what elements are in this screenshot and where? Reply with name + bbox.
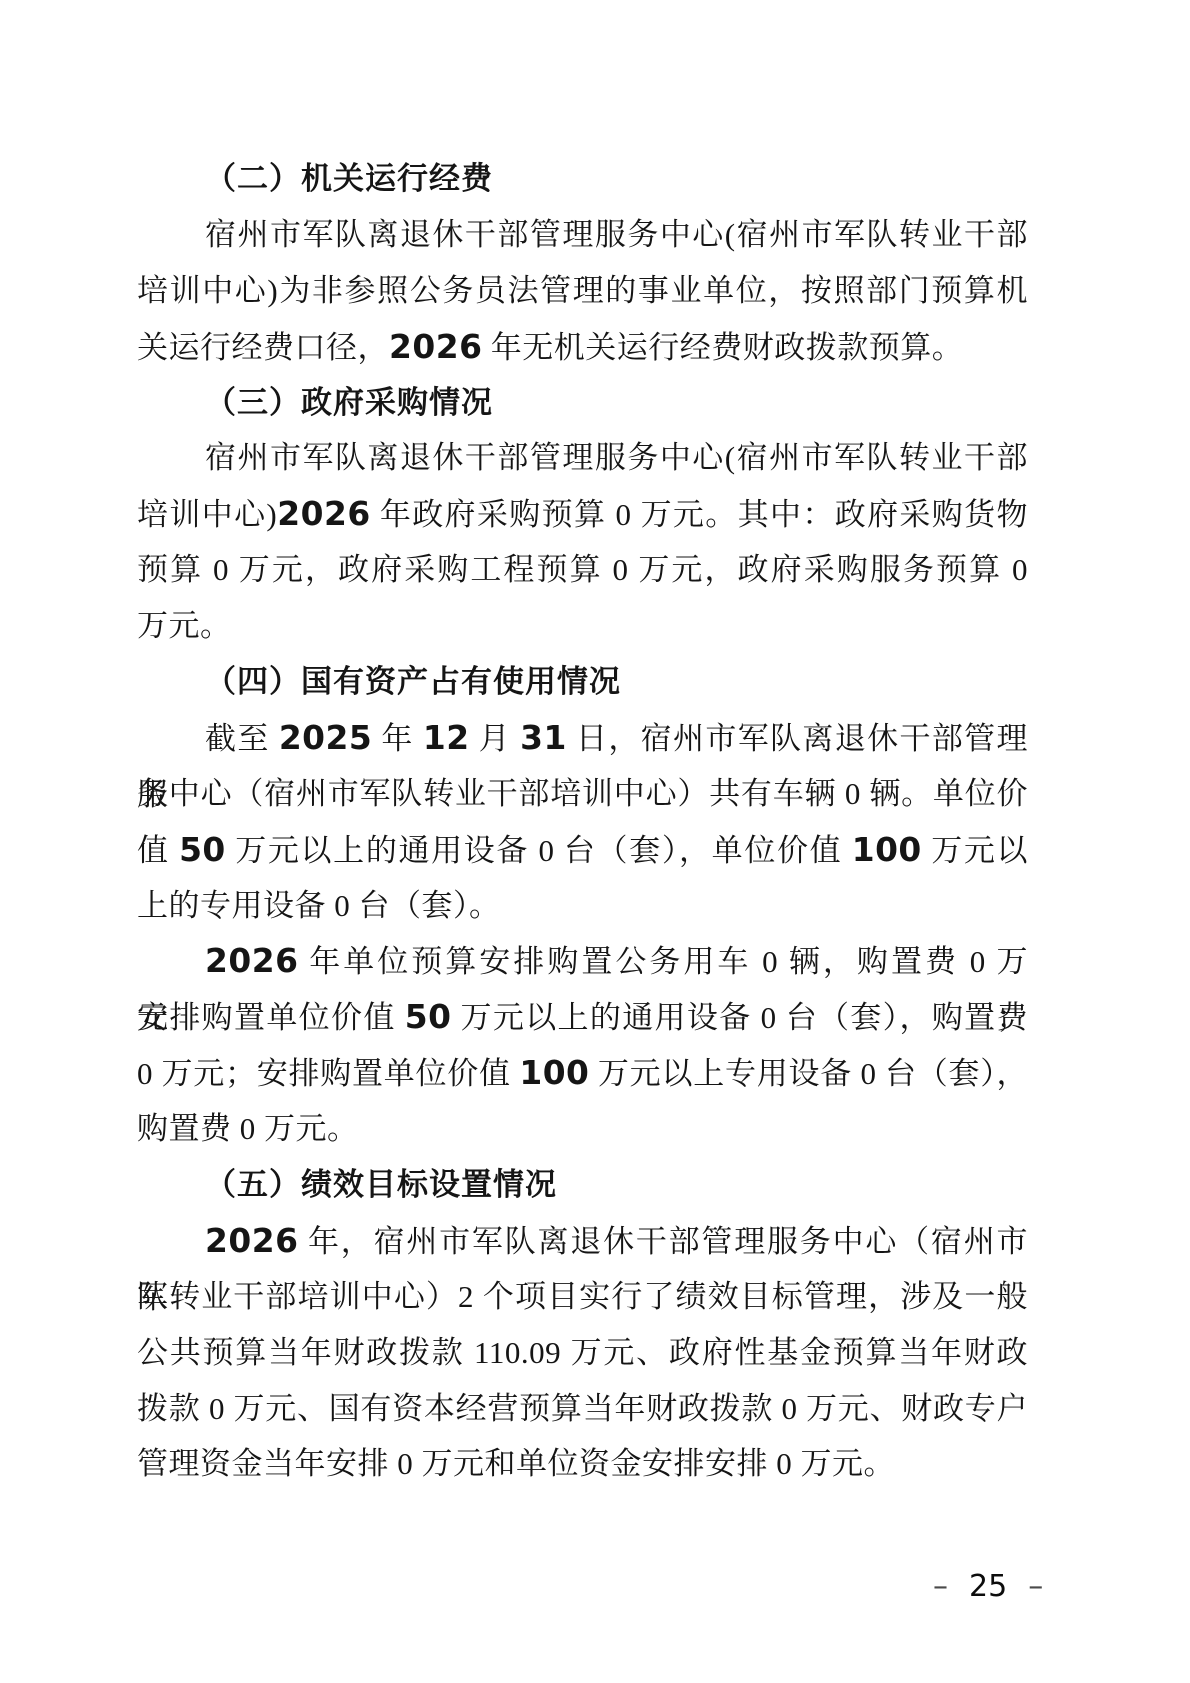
page-number: 25	[969, 1570, 1007, 1604]
numeric-value: 2026	[277, 494, 370, 533]
text-run: 购置费 0 万元。	[137, 1111, 359, 1146]
numeric-value: 2026	[389, 327, 482, 366]
text-run: 万元以上专用设备 0 台（套），	[589, 1056, 1028, 1091]
text-run: 上的专用设备 0 台（套）。	[137, 888, 501, 923]
section-heading: （三）政府采购情况	[137, 375, 1028, 431]
numeric-value: 2025	[279, 718, 372, 757]
footer-dash-right: –	[1028, 1570, 1043, 1604]
text-line: 值 50 万元以上的通用设备 0 台（套），单位价值 100 万元以	[137, 822, 1028, 878]
text-run: 宿州市军队离退休干部管理服务中心(宿州市军队转业干部	[205, 217, 1028, 252]
text-run: 务中心（宿州市军队转业干部培训中心）共有车辆 0 辆。单位价	[137, 776, 1028, 811]
text-run: 队转业干部培训中心）2 个项目实行了绩效目标管理，涉及一般	[137, 1279, 1028, 1314]
text-run: 月	[470, 721, 521, 756]
section-heading: （五）绩效目标设置情况	[137, 1157, 1028, 1213]
section-heading: （四）国有资产占有使用情况	[137, 654, 1028, 710]
section-heading: （二）机关运行经费	[137, 151, 1028, 207]
numeric-value: 100	[852, 830, 922, 869]
text-run: （四）国有资产占有使用情况	[205, 664, 621, 699]
numeric-value: 12	[423, 718, 470, 757]
text-run: 拨款 0 万元、国有资本经营预算当年财政拨款 0 万元、财政专户	[137, 1391, 1028, 1426]
text-run: 培训中心)为非参照公务员法管理的事业单位，按照部门预算机	[137, 273, 1028, 308]
text-run: 万元以	[922, 833, 1028, 868]
text-line: 安排购置单位价值 50 万元以上的通用设备 0 台（套），购置费	[137, 989, 1028, 1045]
text-run: 管理资金当年安排 0 万元和单位资金安排安排 0 万元。	[137, 1446, 895, 1481]
text-line: 上的专用设备 0 台（套）。	[137, 878, 1028, 934]
document-page: （二）机关运行经费宿州市军队离退休干部管理服务中心(宿州市军队转业干部培训中心)…	[0, 0, 1190, 1683]
text-run: （三）政府采购情况	[205, 385, 493, 420]
text-line: 培训中心)2026 年政府采购预算 0 万元。其中：政府采购货物	[137, 486, 1028, 542]
numeric-value: 31	[520, 718, 567, 757]
text-line: 培训中心)为非参照公务员法管理的事业单位，按照部门预算机	[137, 263, 1028, 319]
text-run: 截至	[205, 721, 279, 756]
numeric-value: 50	[405, 997, 452, 1036]
page-footer: – 25 –	[933, 1570, 1043, 1604]
text-run: 年	[372, 721, 423, 756]
text-line: 公共预算当年财政拨款 110.09 万元、政府性基金预算当年财政	[137, 1325, 1028, 1381]
text-run: 值	[137, 833, 179, 868]
text-run: 万元以上的通用设备 0 台（套），单位价值	[226, 833, 852, 868]
text-run: 0 万元；安排购置单位价值	[137, 1056, 519, 1091]
text-run: 安排购置单位价值	[137, 1000, 405, 1035]
numeric-value: 100	[519, 1053, 589, 1092]
text-line: 拨款 0 万元、国有资本经营预算当年财政拨款 0 万元、财政专户	[137, 1381, 1028, 1437]
text-line: 队转业干部培训中心）2 个项目实行了绩效目标管理，涉及一般	[137, 1269, 1028, 1325]
text-line: 关运行经费口径，2026 年无机关运行经费财政拨款预算。	[137, 319, 1028, 375]
text-line: 务中心（宿州市军队转业干部培训中心）共有车辆 0 辆。单位价	[137, 766, 1028, 822]
numeric-value: 2026	[205, 1221, 298, 1260]
text-run: （二）机关运行经费	[205, 161, 493, 196]
text-run: 万元以上的通用设备 0 台（套），购置费	[451, 1000, 1028, 1035]
text-line: 2026 年，宿州市军队离退休干部管理服务中心（宿州市军	[137, 1213, 1028, 1269]
text-line: 宿州市军队离退休干部管理服务中心(宿州市军队转业干部	[137, 207, 1028, 263]
text-line: 预算 0 万元，政府采购工程预算 0 万元，政府采购服务预算 0	[137, 542, 1028, 598]
text-run: 公共预算当年财政拨款 110.09 万元、政府性基金预算当年财政	[137, 1335, 1028, 1370]
text-run: 年无机关运行经费财政拨款预算。	[482, 330, 963, 365]
document-body: （二）机关运行经费宿州市军队离退休干部管理服务中心(宿州市军队转业干部培训中心)…	[137, 151, 1028, 1492]
text-run: 宿州市军队离退休干部管理服务中心(宿州市军队转业干部	[205, 440, 1028, 475]
text-line: 管理资金当年安排 0 万元和单位资金安排安排 0 万元。	[137, 1436, 1028, 1492]
numeric-value: 2026	[205, 941, 298, 980]
text-line: 2026 年单位预算安排购置公务用车 0 辆，购置费 0 万元；	[137, 933, 1028, 989]
text-line: 截至 2025 年 12 月 31 日，宿州市军队离退休干部管理服	[137, 710, 1028, 766]
text-run: 年政府采购预算 0 万元。其中：政府采购货物	[371, 497, 1028, 532]
footer-dash-left: –	[933, 1570, 948, 1604]
text-run: 万元。	[137, 608, 232, 643]
text-run: 关运行经费口径，	[137, 330, 389, 365]
text-line: 宿州市军队离退休干部管理服务中心(宿州市军队转业干部	[137, 430, 1028, 486]
numeric-value: 50	[179, 830, 226, 869]
text-line: 万元。	[137, 598, 1028, 654]
text-run: 培训中心)	[137, 497, 277, 532]
text-run: 预算 0 万元，政府采购工程预算 0 万元，政府采购服务预算 0	[137, 552, 1028, 587]
text-line: 购置费 0 万元。	[137, 1101, 1028, 1157]
text-run: （五）绩效目标设置情况	[205, 1167, 557, 1202]
text-line: 0 万元；安排购置单位价值 100 万元以上专用设备 0 台（套），	[137, 1045, 1028, 1101]
